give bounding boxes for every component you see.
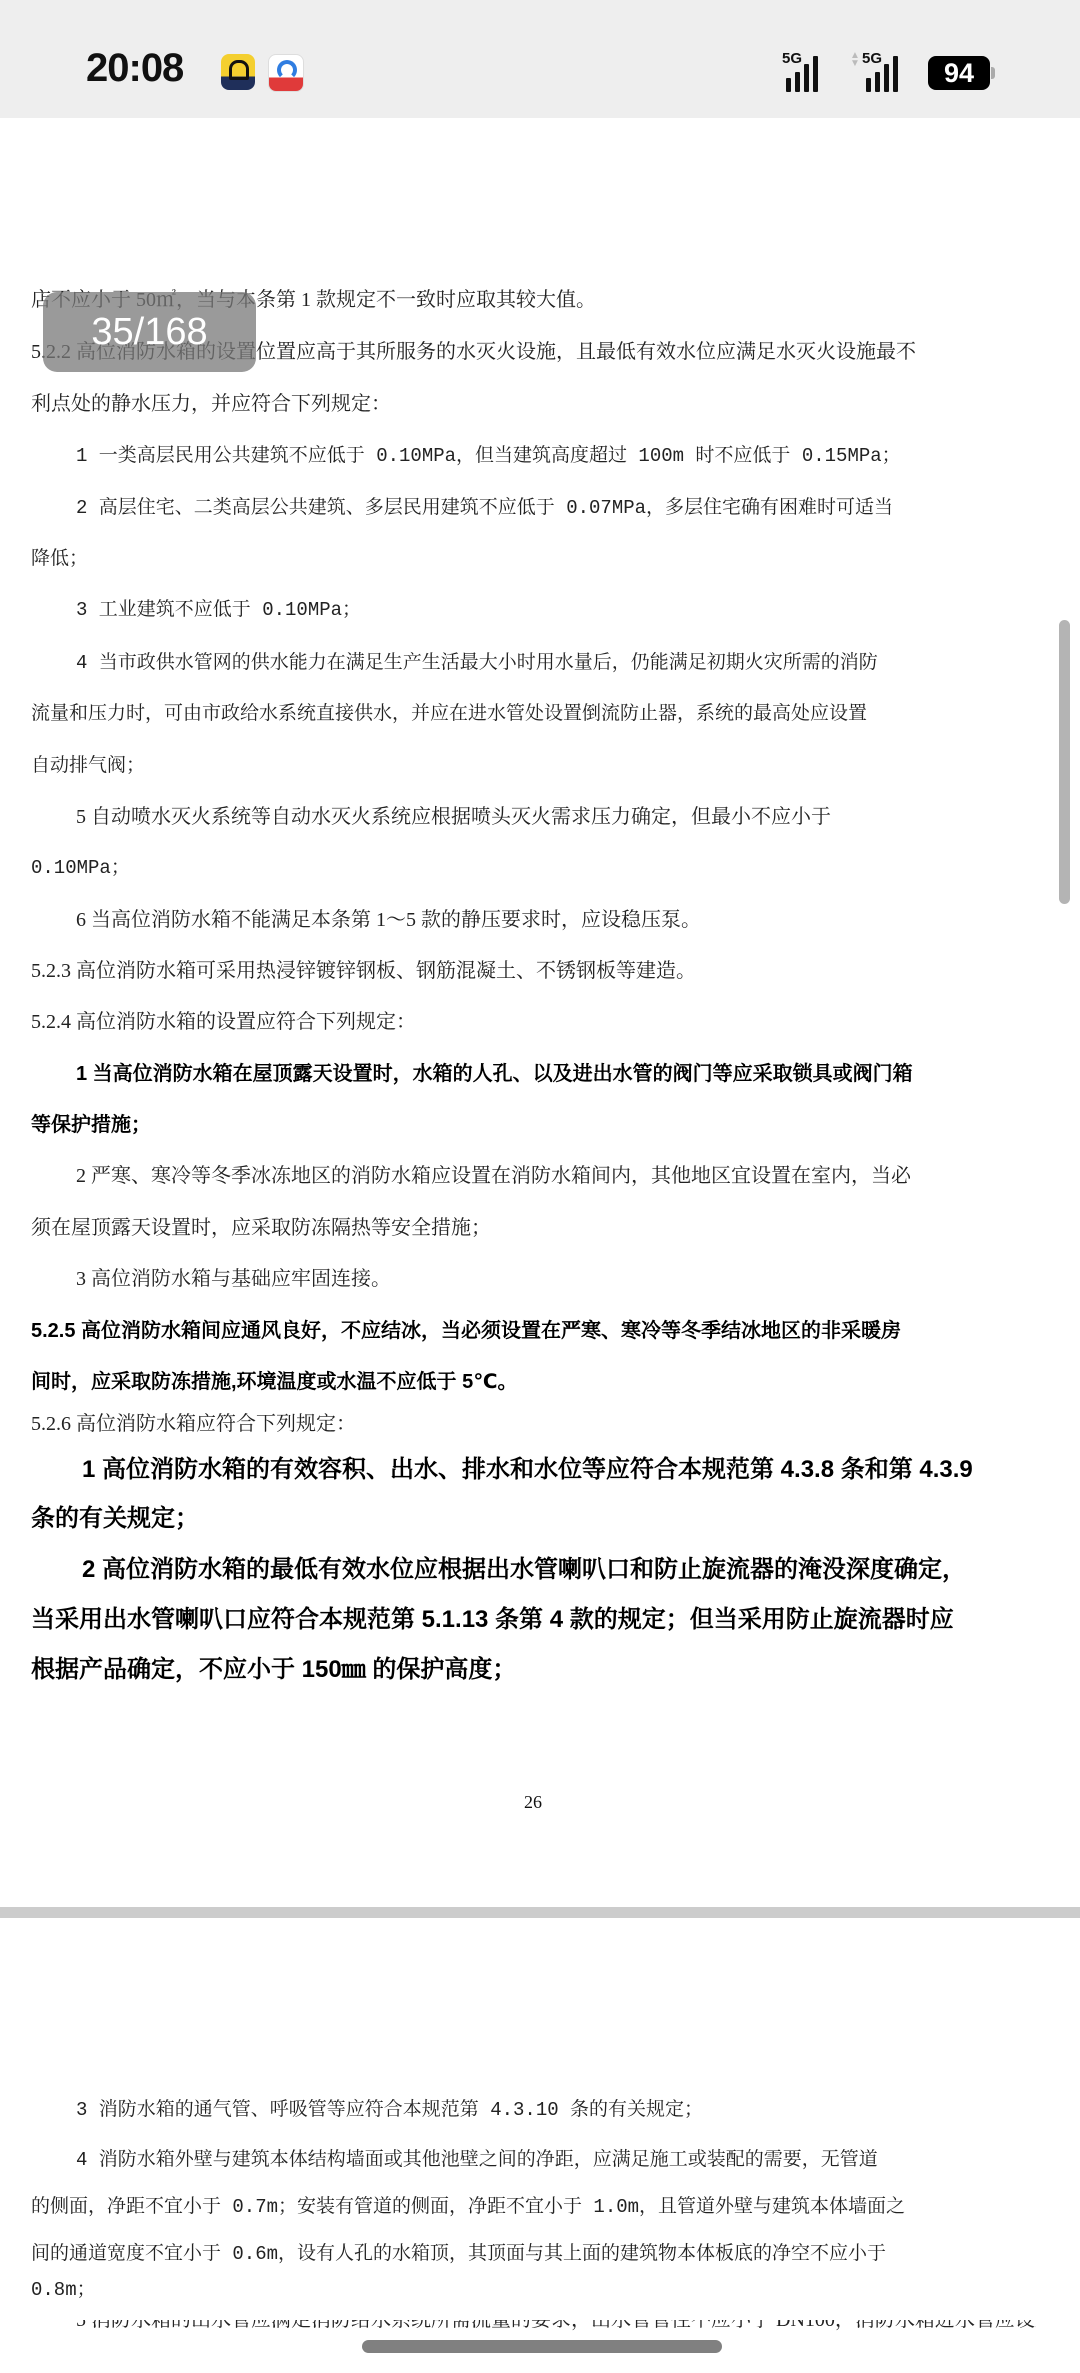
status-bar: 20:08 5G ▲▼ 5G 94 [0, 0, 1080, 118]
list-item: 3 工业建筑不应低于 0.10MPa； [76, 598, 361, 622]
page-indicator-badge: 35/168 [43, 292, 256, 372]
data-arrows-icon: ▲▼ [850, 52, 860, 68]
signal-5g-icon-2: ▲▼ 5G [862, 50, 912, 92]
scrollbar-thumb[interactable] [1059, 620, 1070, 904]
list-item: 3 高位消防水箱与基础应牢固连接。 [76, 1267, 391, 1291]
clause-heading: 5.2.3 高位消防水箱可采用热浸锌镀锌钢板、钢筋混凝土、不锈钢板等建造。 [31, 959, 696, 983]
page-separator [0, 1907, 1080, 1918]
list-item-bold: 1 当高位消防水箱在屋顶露天设置时，水箱的人孔、以及进出水管的阀门等应采取锁具或… [76, 1062, 913, 1086]
text-line: 的侧面，净距不宜小于 0.7m；安装有管道的侧面，净距不宜小于 1.0m，且管道… [31, 2195, 905, 2219]
clock: 20:08 [86, 46, 183, 91]
text-line: 流量和压力时，可由市政给水系统直接供水，并应在进水管处设置倒流防止器，系统的最高… [31, 702, 867, 726]
clause-heading: 5.2.6 高位消防水箱应符合下列规定： [31, 1412, 356, 1436]
text-line: 间的通道宽度不宜小于 0.6m，设有人孔的水箱顶，其顶面与其上面的建筑物本体板底… [31, 2242, 886, 2266]
text-line: 自动排气阀； [31, 754, 145, 778]
text-line-bold: 间时，应采取防冻措施,环境温度或水温不应低于 5℃。 [31, 1370, 517, 1394]
text-line-bold: 等保护措施； [31, 1113, 151, 1137]
text-line: 0.10MPa； [31, 856, 130, 880]
list-item: 3 消防水箱的通气管、呼吸管等应符合本规范第 4.3.10 条的有关规定； [76, 2098, 703, 2122]
page-number: 26 [524, 1792, 542, 1813]
battery-indicator: 94 [928, 56, 990, 90]
text-line-cut-off: 5 消防水箱的出水管应满足消防给水系统所需流量的要求，出水管管径不应小于 DN1… [76, 2320, 1036, 2332]
list-item-bold: 1 高位消防水箱的有效容积、出水、排水和水位等应符合本规范第 4.3.8 条和第… [82, 1456, 973, 1484]
text-line-bold: 条的有关规定； [31, 1505, 199, 1533]
list-item-bold: 2 高位消防水箱的最低有效水位应根据出水管喇叭口和防止旋流器的淹没深度确定， [82, 1556, 966, 1584]
list-item: 2 严寒、寒冷等冬季冰冻地区的消防水箱应设置在消防水箱间内，其他地区宜设置在室内… [76, 1164, 911, 1188]
clause-heading: 5.2.4 高位消防水箱的设置应符合下列规定： [31, 1010, 416, 1034]
text-line: 0.8m； [31, 2278, 96, 2302]
list-item: 5 自动喷水灭火系统等自动水灭火系统应根据喷头灭火需求压力确定，但最小不应小于 [76, 805, 831, 829]
text-line: 降低； [31, 547, 88, 571]
network-type-label: 5G [782, 50, 802, 67]
list-item: 4 当市政供水管网的供水能力在满足生产生活最大小时用水量后，仍能满足初期火灾所需… [76, 651, 878, 675]
text-line-bold: 根据产品确定，不应小于 150㎜ 的保护高度； [31, 1656, 516, 1684]
list-item: 6 当高位消防水箱不能满足本条第 1～5 款的静压要求时，应设稳压泵。 [76, 908, 701, 932]
notification-app-icon-blue [268, 54, 304, 92]
signal-5g-icon-1: 5G [782, 50, 832, 92]
list-item: 4 消防水箱外壁与建筑本体结构墙面或其他池壁之间的净距，应满足施工或装配的需要，… [76, 2148, 878, 2172]
network-type-label: 5G [862, 50, 882, 67]
home-gesture-bar[interactable] [362, 2340, 722, 2353]
list-item: 1 一类高层民用公共建筑不应低于 0.10MPa，但当建筑高度超过 100m 时… [76, 444, 901, 468]
clause-heading-bold: 5.2.5 高位消防水箱间应通风良好，不应结冰，当必须设置在严寒、寒冷等冬季结冰… [31, 1319, 901, 1343]
text-line-bold: 当采用出水管喇叭口应符合本规范第 5.1.13 条第 4 款的规定；但当采用防止… [31, 1606, 954, 1634]
notification-app-icon-yellow [221, 54, 255, 90]
list-item: 2 高层住宅、二类高层公共建筑、多层民用建筑不应低于 0.07MPa，多层住宅确… [76, 496, 893, 520]
text-line: 利点处的静水压力，并应符合下列规定： [31, 392, 391, 416]
text-line: 须在屋顶露天设置时，应采取防冻隔热等安全措施； [31, 1216, 491, 1240]
